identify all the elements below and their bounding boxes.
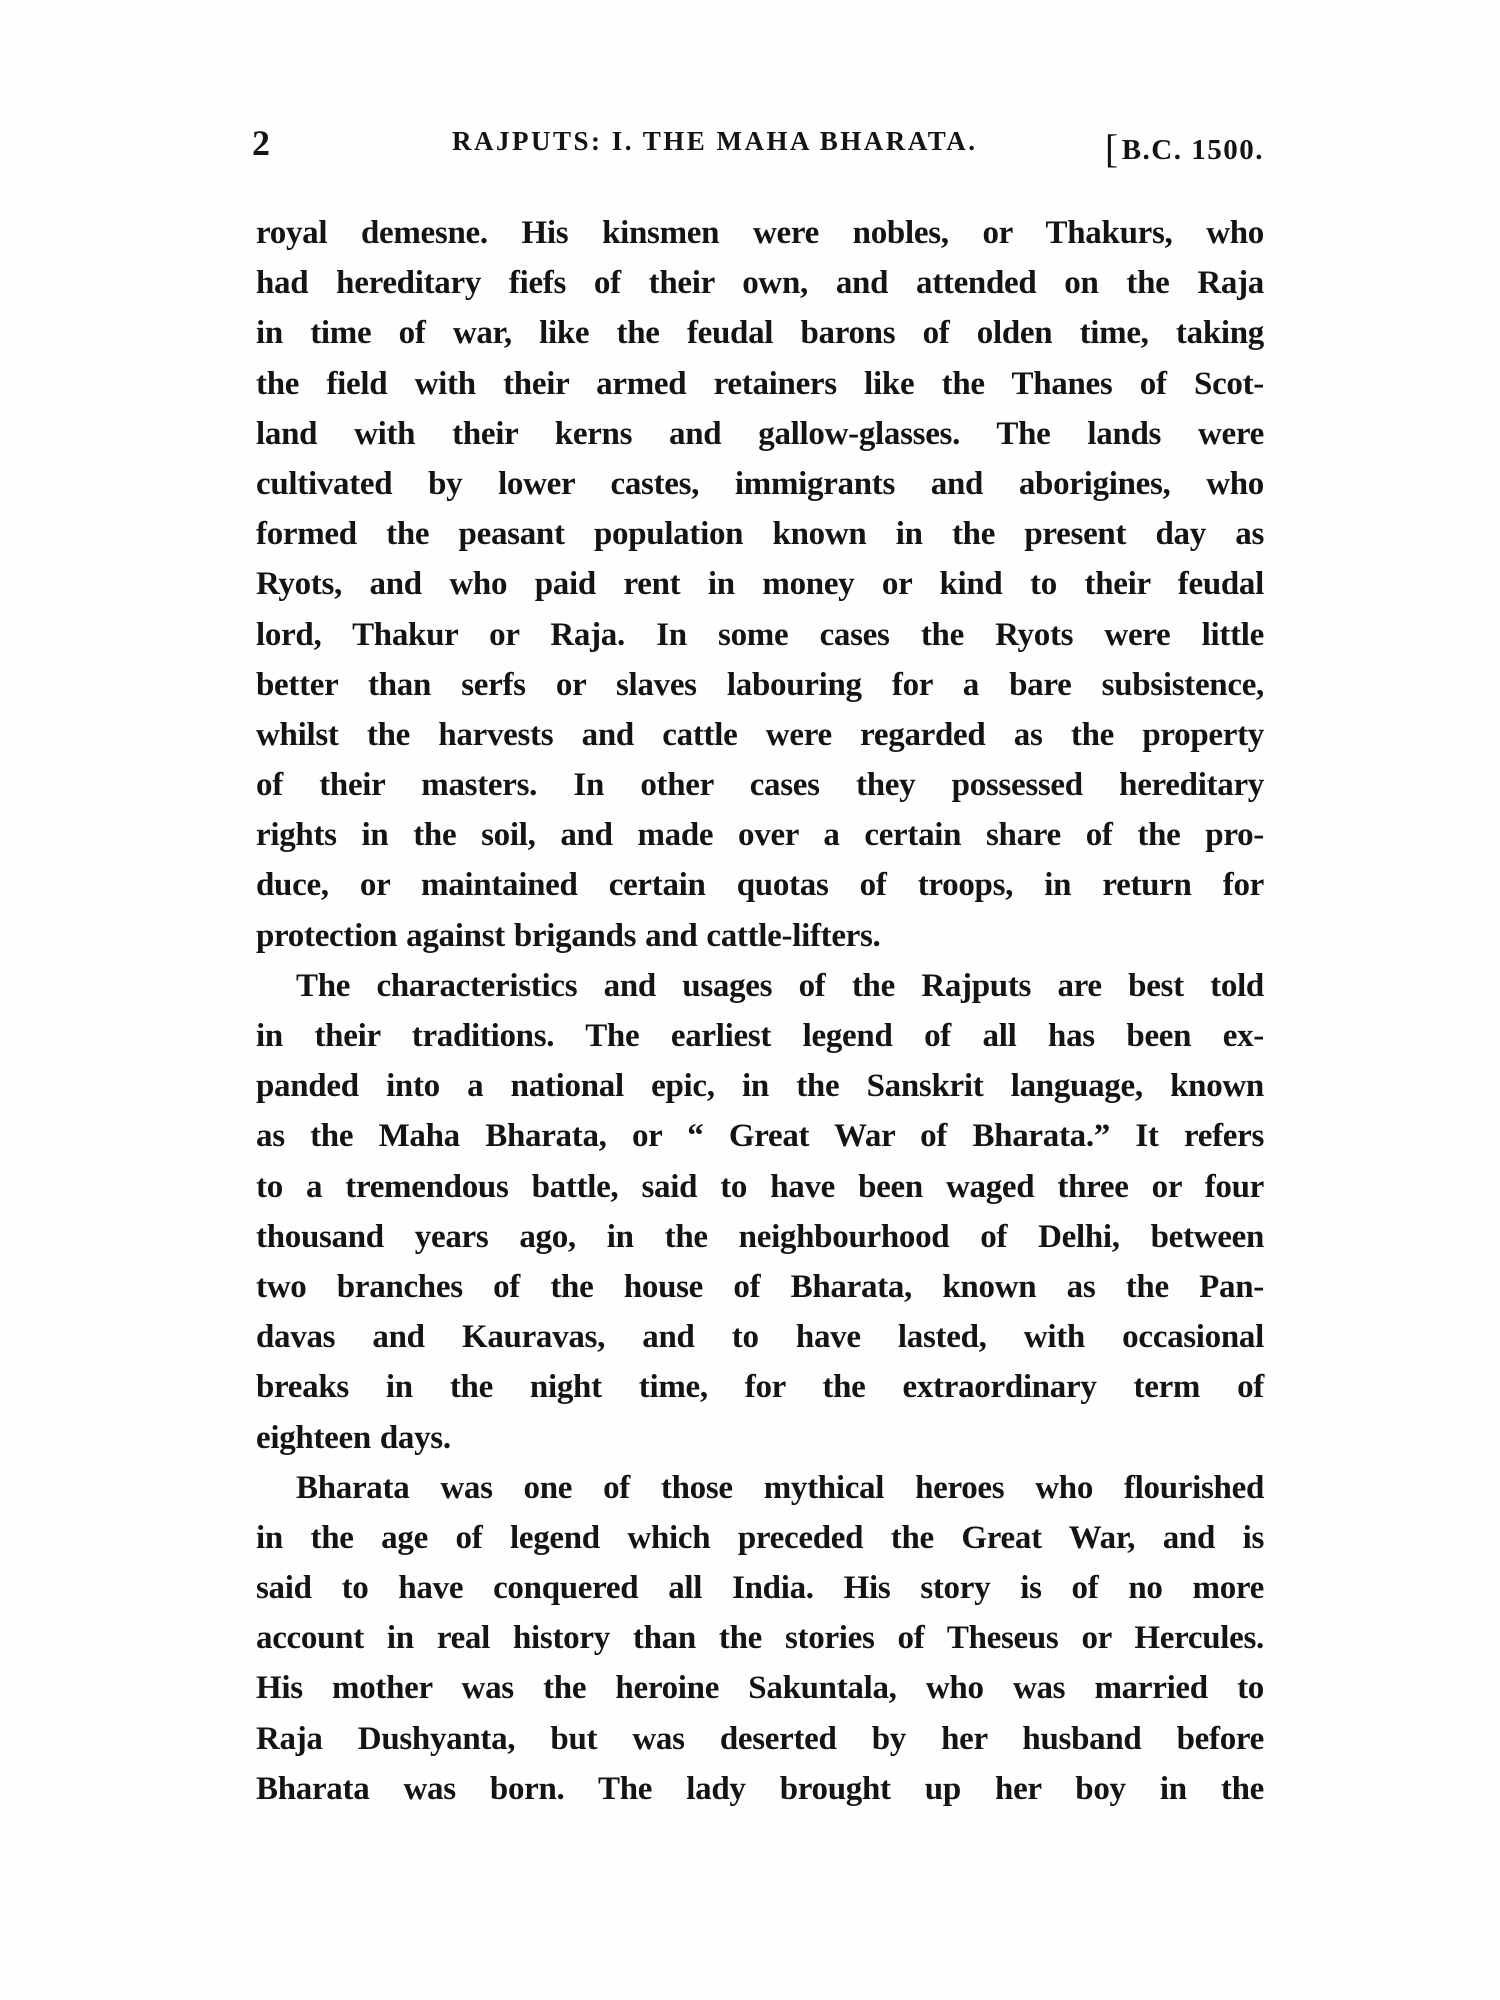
text-line: as the Maha Bharata, or “ Great War of B… — [256, 1111, 1264, 1161]
text-line: breaks in the night time, for the extrao… — [256, 1362, 1264, 1412]
text-line: cultivated by lower castes, immigrants a… — [256, 459, 1264, 509]
text-line: davas and Kauravas, and to have lasted, … — [256, 1312, 1264, 1362]
text-line: two branches of the house of Bharata, kn… — [256, 1262, 1264, 1312]
text-line: thousand years ago, in the neighbourhood… — [256, 1212, 1264, 1262]
text-line: land with their kerns and gallow-glasses… — [256, 409, 1264, 459]
text-line: in time of war, like the feudal barons o… — [256, 308, 1264, 358]
page-number: 2 — [252, 122, 270, 164]
body-text: royal demesne. His kinsmen were nobles, … — [256, 208, 1264, 1814]
text-line: of their masters. In other cases they po… — [256, 760, 1264, 810]
text-line: The characteristics and usages of the Ra… — [256, 961, 1264, 1011]
text-line: lord, Thakur or Raja. In some cases the … — [256, 610, 1264, 660]
date-marker: [B.C. 1500. — [1105, 122, 1264, 169]
date-text: B.C. 1500. — [1122, 134, 1264, 166]
text-line: Raja Dushyanta, but was deserted by her … — [256, 1714, 1264, 1764]
text-line: account in real history than the stories… — [256, 1613, 1264, 1663]
book-page: 2 RAJPUTS: I. THE MAHA BHARATA. [B.C. 15… — [0, 0, 1500, 2000]
text-line: protection against brigands and cattle-l… — [256, 911, 1264, 961]
text-line: in their traditions. The earliest legend… — [256, 1011, 1264, 1061]
text-line: the field with their armed retainers lik… — [256, 359, 1264, 409]
text-line: eighteen days. — [256, 1413, 1264, 1463]
text-line: better than serfs or slaves labouring fo… — [256, 660, 1264, 710]
text-line: royal demesne. His kinsmen were nobles, … — [256, 208, 1264, 258]
date-bracket: [ — [1105, 126, 1120, 171]
text-line: His mother was the heroine Sakuntala, wh… — [256, 1663, 1264, 1713]
chapter-title: RAJPUTS: I. THE MAHA BHARATA. — [452, 126, 978, 157]
text-line: duce, or maintained certain quotas of tr… — [256, 860, 1264, 910]
text-line: to a tremendous battle, said to have bee… — [256, 1162, 1264, 1212]
text-line: had hereditary fiefs of their own, and a… — [256, 258, 1264, 308]
text-line: in the age of legend which preceded the … — [256, 1513, 1264, 1563]
running-head: 2 RAJPUTS: I. THE MAHA BHARATA. [B.C. 15… — [252, 120, 1264, 170]
text-line: panded into a national epic, in the Sans… — [256, 1061, 1264, 1111]
paragraph-1: royal demesne. His kinsmen were nobles, … — [256, 208, 1264, 961]
paragraph-3: Bharata was one of those mythical heroes… — [256, 1463, 1264, 1814]
text-line: whilst the harvests and cattle were rega… — [256, 710, 1264, 760]
text-line: rights in the soil, and made over a cert… — [256, 810, 1264, 860]
text-line: Ryots, and who paid rent in money or kin… — [256, 559, 1264, 609]
text-line: formed the peasant population known in t… — [256, 509, 1264, 559]
text-line: said to have conquered all India. His st… — [256, 1563, 1264, 1613]
paragraph-2: The characteristics and usages of the Ra… — [256, 961, 1264, 1463]
text-line: Bharata was one of those mythical heroes… — [256, 1463, 1264, 1513]
text-line: Bharata was born. The lady brought up he… — [256, 1764, 1264, 1814]
